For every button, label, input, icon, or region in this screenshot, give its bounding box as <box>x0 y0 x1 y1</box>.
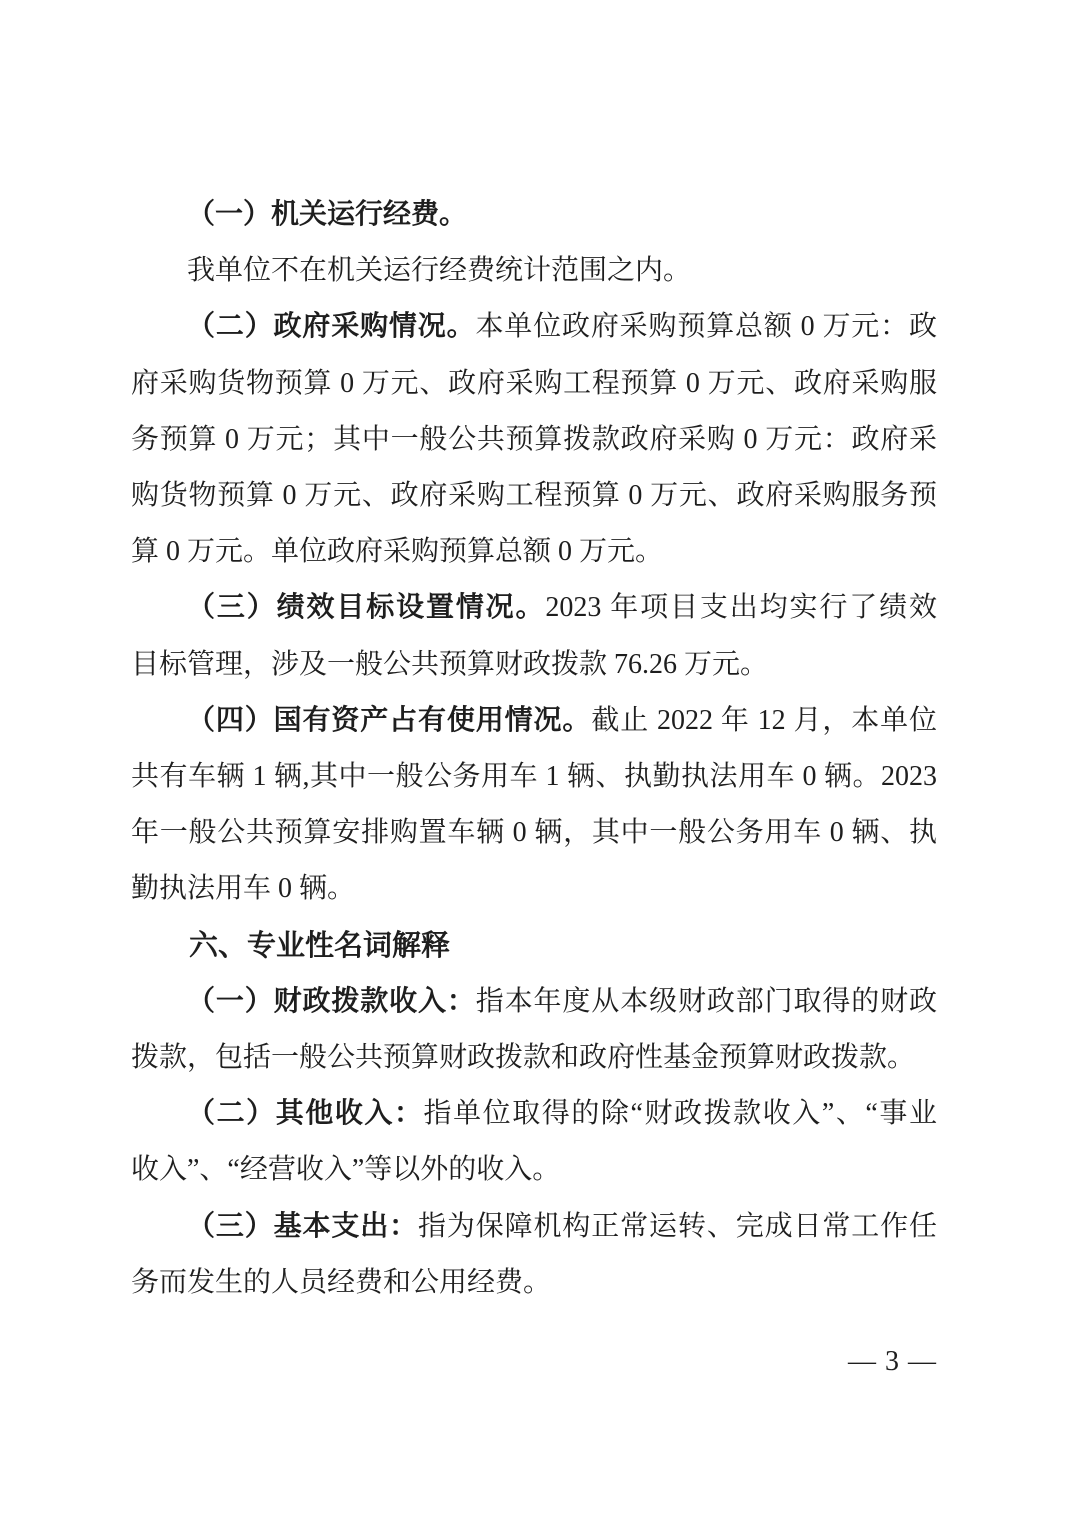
text-line: 共有车辆 1 辆,其中一般公务用车 1 辆、执勤执法用车 0 辆。2023 <box>131 749 937 805</box>
text-line: （四）国有资产占有使用情况。截止 2022 年 12 月，本单位 <box>131 693 937 749</box>
line-text: 拨款，包括一般公共预算财政拨款和政府性基金预算财政拨款。 <box>131 1042 915 1073</box>
text-line: 我单位不在机关运行经费统计范围之内。 <box>131 243 937 299</box>
text-line: （三）绩效目标设置情况。2023 年项目支出均实行了绩效 <box>131 580 937 636</box>
line-text: 购货物预算 0 万元、政府采购工程预算 0 万元、政府采购服务预 <box>131 480 937 511</box>
line-text: 务而发生的人员经费和公用经费。 <box>131 1267 551 1298</box>
line-text: 截止 2022 年 12 月，本单位 <box>591 705 937 736</box>
text-line: （一）机关运行经费。 <box>131 187 937 243</box>
text-line: 年一般公共预算安排购置车辆 0 辆，其中一般公务用车 0 辆、执 <box>131 805 937 861</box>
para-def-other-income: （二）其他收入：指单位取得的除“财政拨款收入”、“事业 收入”、“经营收入”等以… <box>131 1086 937 1198</box>
text-line: 勤执法用车 0 辆。 <box>131 861 937 917</box>
section-heading-glossary: 六、专业性名词解释 <box>131 918 937 974</box>
term-label: （三）绩效目标设置情况。 <box>187 592 545 623</box>
term-label: （一）机关运行经费。 <box>187 199 467 230</box>
line-text: 指单位取得的除“财政拨款收入”、“事业 <box>424 1098 937 1129</box>
text-line: 府采购货物预算 0 万元、政府采购工程预算 0 万元、政府采购服 <box>131 356 937 412</box>
text-line: 务预算 0 万元；其中一般公共预算拨款政府采购 0 万元：政府采 <box>131 412 937 468</box>
term-label: （二）政府采购情况。 <box>187 311 475 342</box>
line-text: 2023 年项目支出均实行了绩效 <box>545 592 937 623</box>
line-text: 收入”、“经营收入”等以外的收入。 <box>131 1154 560 1185</box>
text-line: 收入”、“经营收入”等以外的收入。 <box>131 1142 937 1198</box>
line-text: 指本年度从本级财政部门取得的财政 <box>476 986 937 1017</box>
line-text: 勤执法用车 0 辆。 <box>131 873 355 904</box>
line-text: 共有车辆 1 辆,其中一般公务用车 1 辆、执勤执法用车 0 辆。2023 <box>131 761 937 792</box>
text-line: （一）财政拨款收入：指本年度从本级财政部门取得的财政 <box>131 974 937 1030</box>
line-text: 算 0 万元。单位政府采购预算总额 0 万元。 <box>131 536 663 567</box>
text-line: 目标管理，涉及一般公共预算财政拨款 76.26 万元。 <box>131 637 937 693</box>
text-line: （二）其他收入：指单位取得的除“财政拨款收入”、“事业 <box>131 1086 937 1142</box>
line-text: 年一般公共预算安排购置车辆 0 辆，其中一般公务用车 0 辆、执 <box>131 817 937 848</box>
term-label: （三）基本支出： <box>187 1211 418 1242</box>
line-text: 务预算 0 万元；其中一般公共预算拨款政府采购 0 万元：政府采 <box>131 424 937 455</box>
para-government-procurement: （二）政府采购情况。本单位政府采购预算总额 0 万元：政 府采购货物预算 0 万… <box>131 299 937 580</box>
para-agency-operating-funds-note: 我单位不在机关运行经费统计范围之内。 <box>131 243 937 299</box>
line-text: 我单位不在机关运行经费统计范围之内。 <box>187 255 691 286</box>
line-text: 本单位政府采购预算总额 0 万元：政 <box>475 311 937 342</box>
line-text: 府采购货物预算 0 万元、政府采购工程预算 0 万元、政府采购服 <box>131 368 937 399</box>
para-def-fiscal-appropriation-income: （一）财政拨款收入：指本年度从本级财政部门取得的财政 拨款，包括一般公共预算财政… <box>131 974 937 1086</box>
document-page: （一）机关运行经费。 我单位不在机关运行经费统计范围之内。 （二）政府采购情况。… <box>0 0 1074 1520</box>
para-state-assets: （四）国有资产占有使用情况。截止 2022 年 12 月，本单位 共有车辆 1 … <box>131 693 937 918</box>
text-line: 务而发生的人员经费和公用经费。 <box>131 1255 937 1311</box>
text-line: （二）政府采购情况。本单位政府采购预算总额 0 万元：政 <box>131 299 937 355</box>
term-label: （二）其他收入： <box>187 1098 424 1129</box>
text-line: （三）基本支出：指为保障机构正常运转、完成日常工作任 <box>131 1199 937 1255</box>
term-label: （一）财政拨款收入： <box>187 986 476 1017</box>
text-line: 算 0 万元。单位政府采购预算总额 0 万元。 <box>131 524 937 580</box>
text-line: 购货物预算 0 万元、政府采购工程预算 0 万元、政府采购服务预 <box>131 468 937 524</box>
document-body: （一）机关运行经费。 我单位不在机关运行经费统计范围之内。 （二）政府采购情况。… <box>131 187 937 1311</box>
para-agency-operating-funds: （一）机关运行经费。 <box>131 187 937 243</box>
term-label: （四）国有资产占有使用情况。 <box>187 705 591 736</box>
page-number: — 3 — <box>131 1346 937 1378</box>
para-performance-targets: （三）绩效目标设置情况。2023 年项目支出均实行了绩效 目标管理，涉及一般公共… <box>131 580 937 692</box>
text-line: 拨款，包括一般公共预算财政拨款和政府性基金预算财政拨款。 <box>131 1030 937 1086</box>
term-label: 六、专业性名词解释 <box>189 930 450 962</box>
section-heading: 六、专业性名词解释 <box>131 918 937 974</box>
line-text: 目标管理，涉及一般公共预算财政拨款 76.26 万元。 <box>131 649 768 680</box>
para-def-basic-expenditure: （三）基本支出：指为保障机构正常运转、完成日常工作任 务而发生的人员经费和公用经… <box>131 1199 937 1311</box>
line-text: 指为保障机构正常运转、完成日常工作任 <box>418 1211 937 1242</box>
